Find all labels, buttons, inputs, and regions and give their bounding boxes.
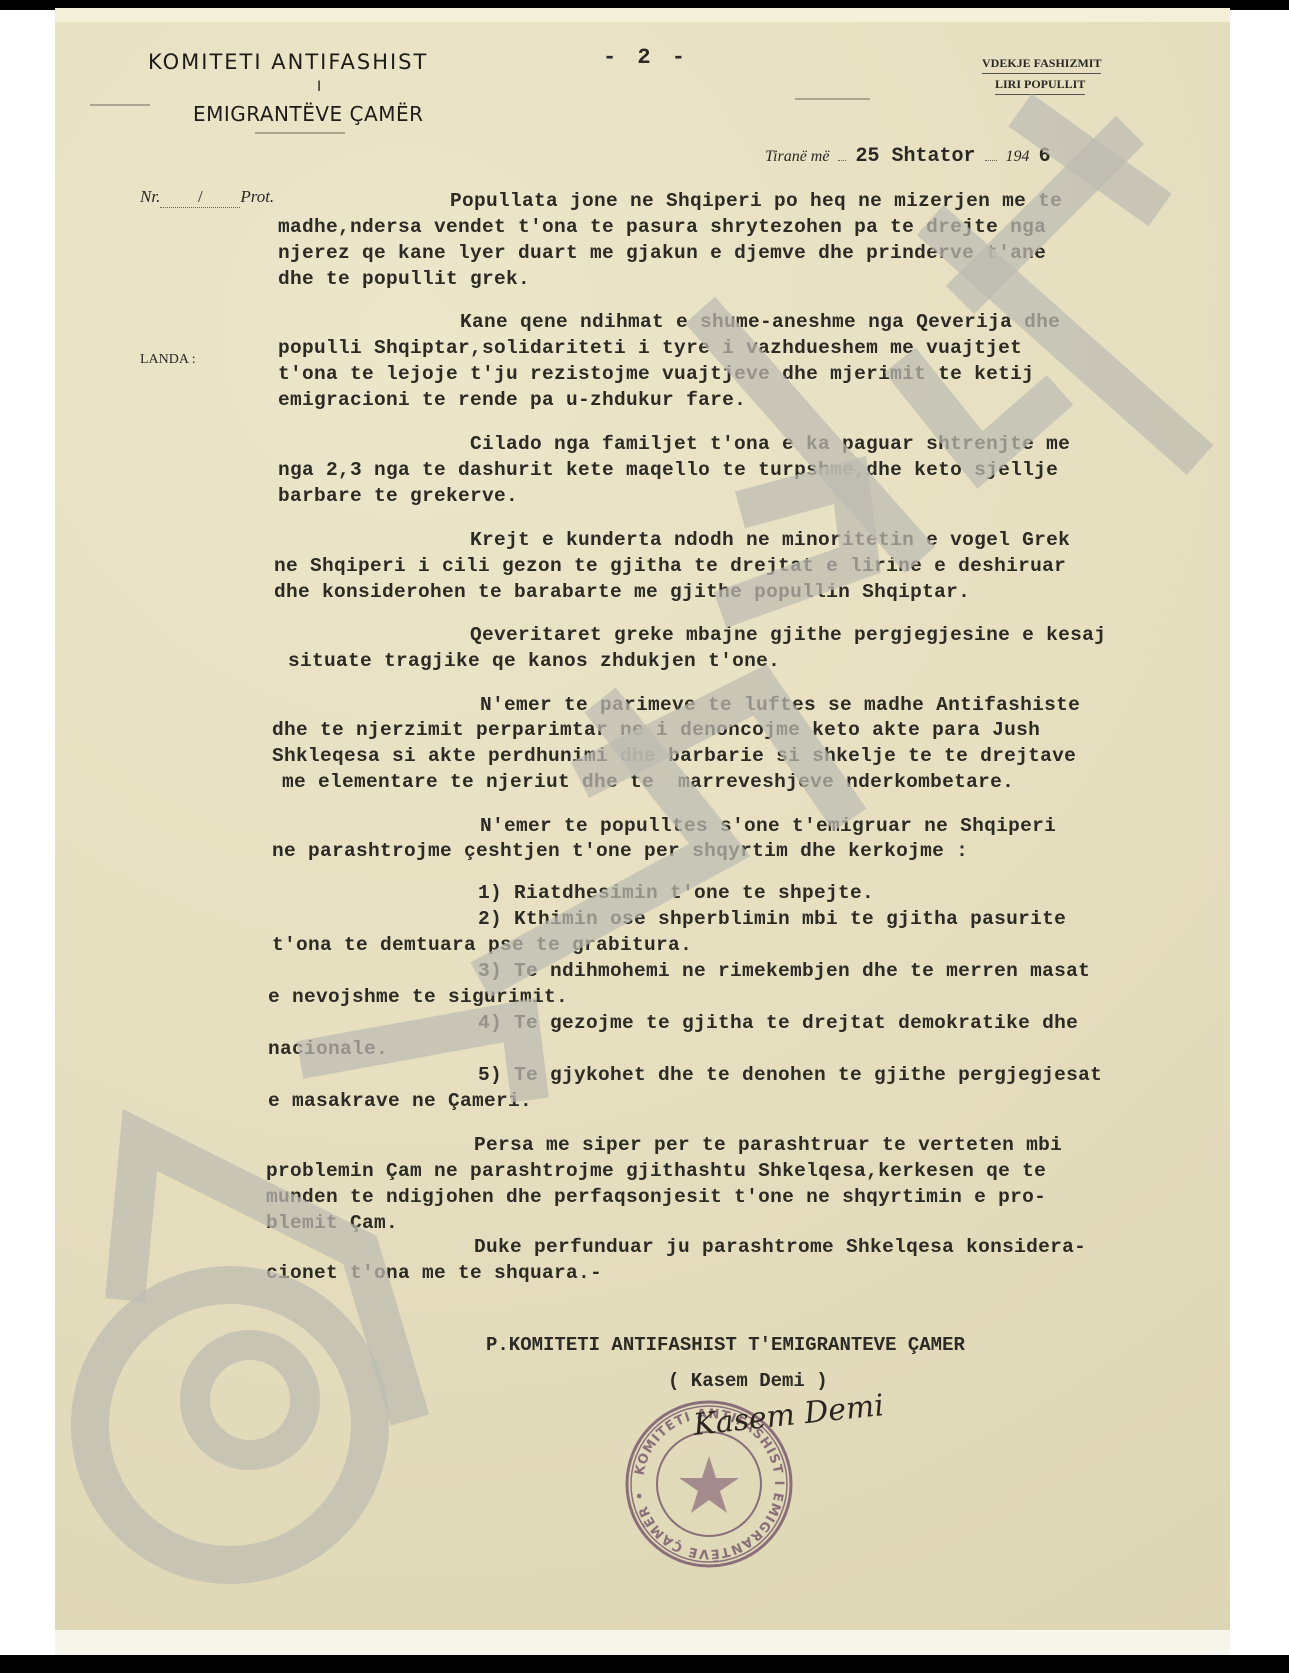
divider <box>255 132 345 134</box>
text-line: dhe te njerzimit perparimtar ne i denonc… <box>272 719 1040 741</box>
place-label: Tiranë më <box>765 148 829 165</box>
text-line: 3) Te ndihmohemi ne rimekembjen dhe te m… <box>478 960 1090 982</box>
text-line: e nevojshme te sigurimit. <box>268 986 568 1008</box>
nr-label: Nr. <box>140 187 160 206</box>
signatory-organization: P.KOMITETI ANTIFASHIST T'EMIGRANTEVE ÇAM… <box>486 1334 965 1356</box>
text-line: Shkleqesa si akte perdhunimi dhe barbari… <box>272 745 1076 767</box>
text-line: ne parashtrojme çeshtjen t'one per shqyr… <box>272 840 968 862</box>
text-line: nga 2,3 nga te dashurit kete maqello te … <box>278 459 1058 481</box>
text-line: problemin Çam ne parashtrojme gjithashtu… <box>266 1160 1046 1182</box>
text-line: t'ona te demtuara pse te grabitura. <box>272 934 692 956</box>
text-line: cionet t'ona me te shquara.- <box>266 1262 602 1284</box>
star-icon <box>679 1456 739 1513</box>
text-line: Krejt e kunderta ndodh ne minoritetin e … <box>470 529 1070 551</box>
text-line: t'ona te lejoje t'ju rezistojme vuajtjev… <box>278 363 1034 385</box>
nr-value: / <box>160 187 240 208</box>
page-top-edge <box>55 8 1230 22</box>
year-prefix: 194 <box>1006 148 1030 165</box>
text-line: 2) Kthimin ose shperblimin mbi te gjitha… <box>478 908 1066 930</box>
text-line: nacionale. <box>268 1038 388 1060</box>
letterhead-org-line-2: EMIGRANTËVE ÇAMËR <box>193 102 423 126</box>
text-line: situate tragjike qe kanos zhdukjen t'one… <box>288 650 780 672</box>
text-line: populli Shqiptar,solidariteti i tyre i v… <box>278 337 1022 359</box>
slogan-line-1: VDEKJE FASHIZMIT <box>982 56 1101 74</box>
text-line: 5) Te gjykohet dhe te denohen te gjithe … <box>478 1064 1102 1086</box>
text-line: blemit Çam. <box>266 1212 398 1234</box>
scan-bottom-border <box>0 1655 1289 1673</box>
text-line: N'emer te parimeve te luftes se madhe An… <box>480 694 1080 716</box>
divider <box>90 104 150 106</box>
prot-label: Prot. <box>240 187 274 206</box>
year-suffix: 6 <box>1039 145 1051 168</box>
text-line: Persa me siper per te parashtruar te ver… <box>474 1134 1062 1156</box>
text-line: Kane qene ndihmat e shume-aneshme nga Qe… <box>460 311 1060 333</box>
slogan-line-2: LIRI POPULLIT <box>995 77 1085 95</box>
divider <box>795 98 870 100</box>
page-bottom-edge <box>55 1630 1230 1655</box>
text-line: munden te ndigjohen dhe perfaqsonjesit t… <box>266 1186 1046 1208</box>
text-line: dhe te popullit grek. <box>278 268 530 290</box>
text-line: Duke perfunduar ju parashtrome Shkelqesa… <box>474 1236 1086 1258</box>
text-line: 1) Riatdhesimin t'one te shpejte. <box>478 882 874 904</box>
subject-label: LANDA : <box>140 352 196 368</box>
text-line: njerez qe kane lyer duart me gjakun e dj… <box>278 242 1046 264</box>
text-line: dhe konsiderohen te barabarte me gjithe … <box>274 581 970 603</box>
letterhead-org-line-1: KOMITETI ANTIFASHIST <box>148 50 428 74</box>
text-line: ne Shqiperi i cili gezon te gjitha te dr… <box>274 555 1066 577</box>
signatory-name: ( Kasem Demi ) <box>668 1370 828 1392</box>
text-line: barbare te grekerve. <box>278 485 518 507</box>
text-line: me elementare te njeriut dhe te marreves… <box>282 771 1014 793</box>
page-number: - 2 - <box>603 45 689 70</box>
text-line: Qeveritaret greke mbajne gjithe pergjegj… <box>470 624 1106 646</box>
dateline: Tiranë më 25 Shtator 194 6 <box>765 145 1051 168</box>
text-line: Cilado nga familjet t'ona e ka paguar sh… <box>470 433 1070 455</box>
text-line: emigracioni te rende pa u-zhdukur fare. <box>278 389 746 411</box>
text-line: Popullata jone ne Shqiperi po heq ne miz… <box>450 190 1062 212</box>
letterhead-connector: I <box>317 79 323 95</box>
protocol-number: Nr./Prot. <box>140 187 274 208</box>
text-line: madhe,ndersa vendet t'ona te pasura shry… <box>278 216 1046 238</box>
date-typed: 25 Shtator <box>855 145 975 168</box>
text-line: e masakrave ne Çameri. <box>268 1090 532 1112</box>
text-line: 4) Te gezojme te gjitha te drejtat demok… <box>478 1012 1078 1034</box>
text-line: N'emer te populltes s'one t'emigruar ne … <box>480 815 1056 837</box>
